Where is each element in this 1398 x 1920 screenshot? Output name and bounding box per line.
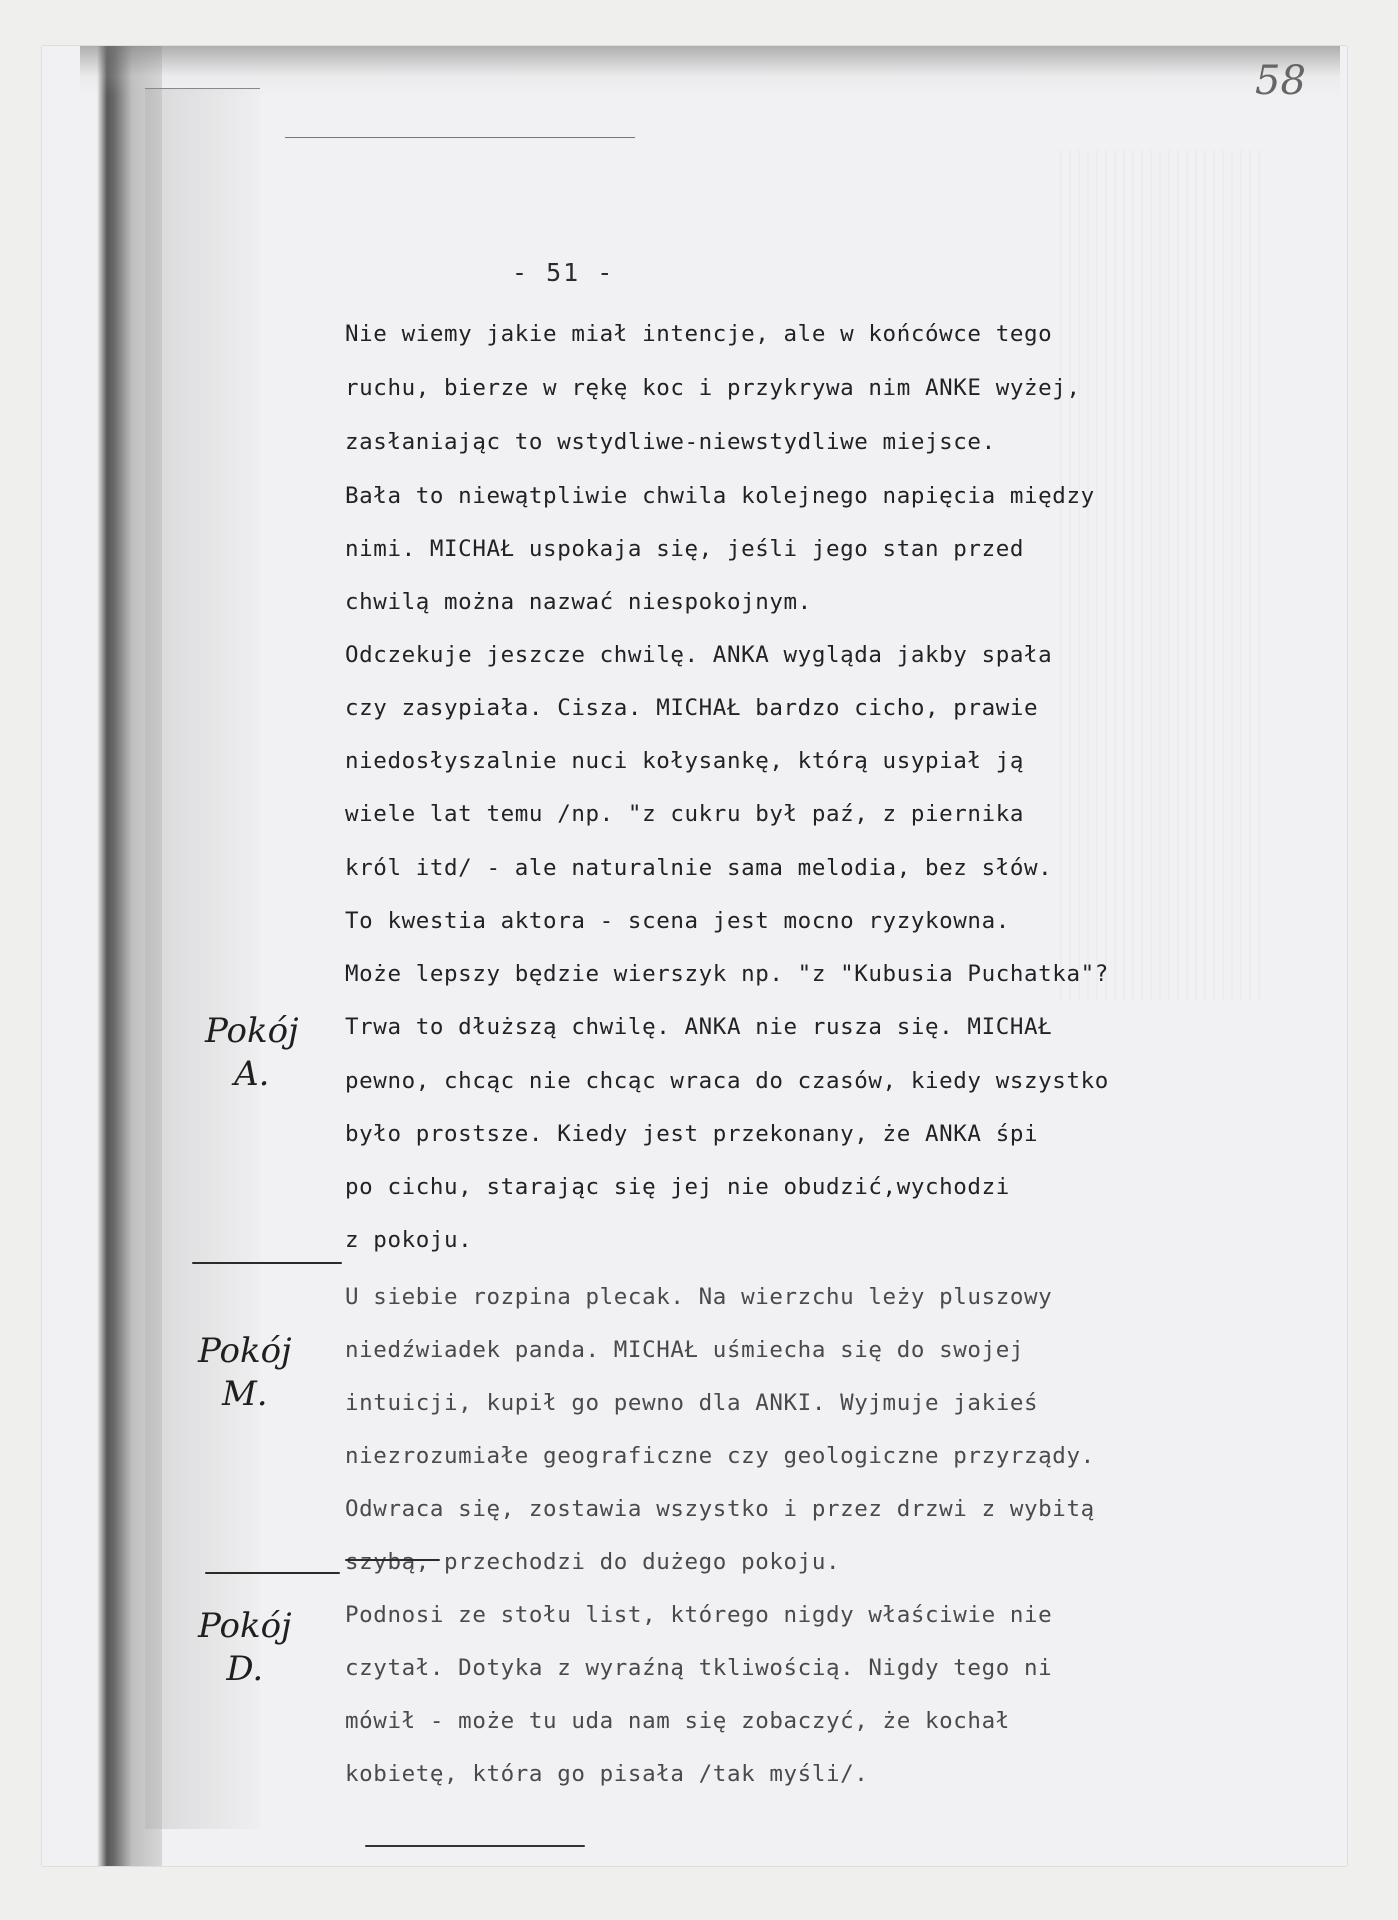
typed-line: pewno, chcąc nie chcąc wraca do czasów, … [345, 1070, 1109, 1093]
typed-page-number: - 51 - [512, 258, 614, 287]
typed-line: czy zasypiała. Cisza. MICHAŁ bardzo cich… [345, 697, 1038, 720]
typed-line: Odwraca się, zostawia wszystko i przez d… [345, 1498, 1095, 1521]
typed-line: Odczekuje jeszcze chwilę. ANKA wygląda j… [345, 644, 1052, 667]
margin-note-room-a: Pokój A. [205, 1010, 299, 1095]
margin-note-room-d: Pokój D. [198, 1605, 292, 1690]
copier-top-shadow [80, 46, 1340, 96]
typed-line: niezrozumiałe geograficzne czy geologicz… [345, 1445, 1095, 1468]
margin-note-room-m: Pokój M. [198, 1330, 292, 1415]
typed-line: Bała to niewątpliwie chwila kolejnego na… [345, 485, 1095, 508]
typed-line: To kwestia aktora - scena jest mocno ryz… [345, 910, 1010, 933]
typed-line: Może lepszy będzie wierszyk np. "z "Kubu… [345, 963, 1109, 986]
typed-line: zasłaniając to wstydliwe-niewstydliwe mi… [345, 431, 996, 454]
section-divider-1 [192, 1262, 342, 1264]
underline-szyba [345, 1559, 440, 1561]
copier-spine-shadow [42, 46, 162, 1866]
typed-line: Nie wiemy jakie miał intencje, ale w koń… [345, 323, 1052, 346]
typed-line: z pokoju. [345, 1229, 472, 1252]
typed-line: ruchu, bierze w rękę koc i przykrywa nim… [345, 377, 1081, 400]
typed-line: chwilą można nazwać niespokojnym. [345, 591, 812, 614]
typed-line: kobietę, która go pisała /tak myśli/. [345, 1763, 868, 1786]
typed-line: nimi. MICHAŁ uspokaja się, jeśli jego st… [345, 538, 1024, 561]
typed-line: Podnosi ze stołu list, którego nigdy wła… [345, 1604, 1052, 1627]
underlying-sheet-edge [145, 88, 260, 1829]
typed-line: mówił - może tu uda nam się zobaczyć, że… [345, 1710, 1010, 1733]
typed-line: po cichu, starając się jej nie obudzić,w… [345, 1176, 1010, 1199]
typed-line: czytał. Dotyka z wyraźną tkliwością. Nig… [345, 1657, 1052, 1680]
handwritten-folio-number: 58 [1255, 58, 1306, 104]
top-rule-mark [285, 137, 635, 138]
typed-line: wiele lat temu /np. "z cukru był paź, z … [345, 803, 1024, 826]
typed-line: król itd/ - ale naturalnie sama melodia,… [345, 857, 1052, 880]
typed-line: Trwa to dłuższą chwilę. ANKA nie rusza s… [345, 1016, 1052, 1039]
typed-line: intuicji, kupił go pewno dla ANKI. Wyjmu… [345, 1392, 1038, 1415]
section-divider-2 [205, 1572, 340, 1574]
typed-line: niedosłyszalnie nuci kołysankę, którą us… [345, 750, 1024, 773]
typed-line: niedźwiadek panda. MICHAŁ uśmiecha się d… [345, 1339, 1024, 1362]
typed-line: było prostsze. Kiedy jest przekonany, że… [345, 1123, 1038, 1146]
typed-line: szybą, przechodzi do dużego pokoju. [345, 1551, 840, 1574]
typed-line: U siebie rozpina plecak. Na wierzchu leż… [345, 1286, 1052, 1309]
bottom-edge-mark [365, 1845, 585, 1847]
copier-noise [1060, 150, 1260, 1000]
